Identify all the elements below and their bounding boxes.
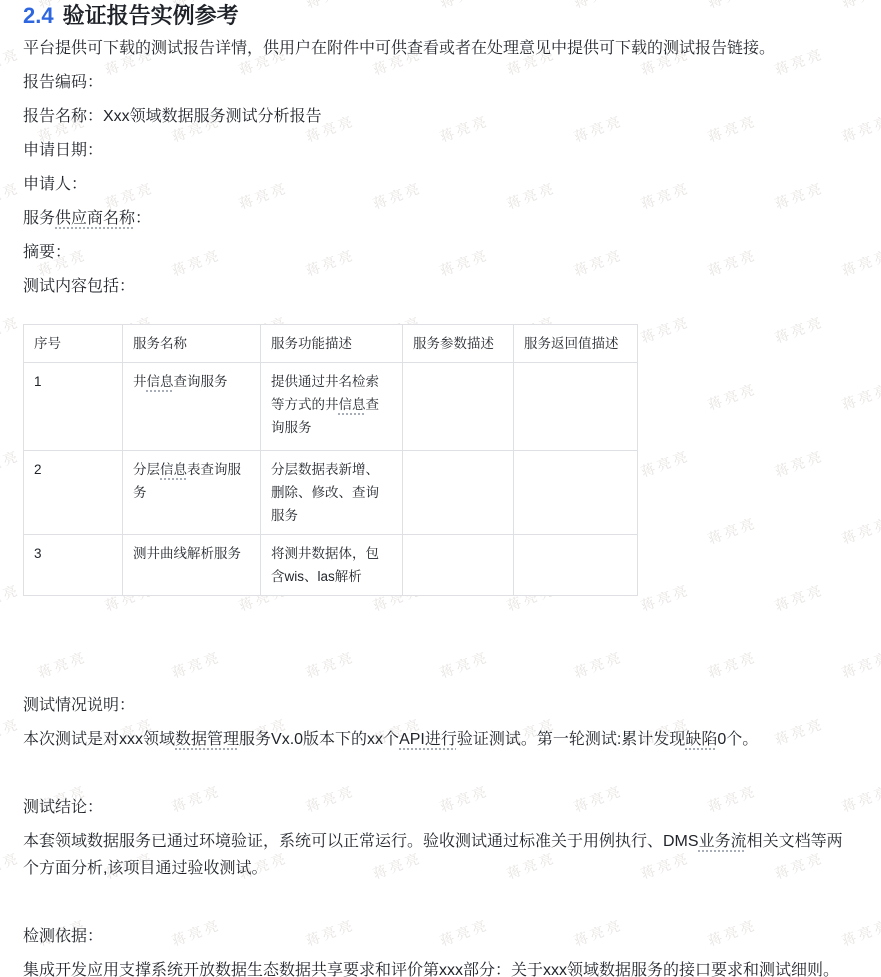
table-cell	[514, 535, 638, 596]
paragraph: 集成开发应用支撑系统开放数据生态数据共享要求和评价第xxx部分：关于xxx领域数…	[23, 957, 845, 977]
watermark-text: 蒋亮亮	[839, 379, 881, 415]
paragraph: 本次测试是对xxx领域数据管理服务Vx.0版本下的xx个API进行验证测试。第一…	[23, 726, 845, 753]
paragraph: 申请日期：	[23, 137, 845, 164]
watermark-text: 蒋亮亮	[0, 446, 23, 482]
text-run: 查询服务	[174, 374, 228, 389]
paragraph: 申请人：	[23, 171, 845, 198]
text-run: 将测井数据体，包含wis、las解析	[271, 546, 379, 584]
text-run: 摘要：	[23, 244, 71, 261]
text-run: 测试情况说明：	[23, 697, 135, 714]
text-run: 集成开发应用支撑系统开放数据生态数据共享要求和评价第xxx部分：关于xxx领域数…	[23, 962, 839, 977]
text-run: 平台提供可下载的测试报告详情，供用户在附件中可供查看或者在处理意见中提供可下载的…	[23, 40, 775, 57]
spellcheck-underline: 供应商名称	[55, 210, 135, 227]
text-run: 分层数据表新增、删除、修改、查询服务	[271, 462, 379, 523]
watermark-text: 蒋亮亮	[839, 915, 881, 951]
table-row: 3测井曲线解析服务将测井数据体，包含wis、las解析	[24, 535, 638, 596]
text-run: 申请人：	[23, 176, 87, 193]
table-cell: 测井曲线解析服务	[123, 535, 261, 596]
watermark-text: 蒋亮亮	[0, 714, 23, 750]
paragraph: 平台提供可下载的测试报告详情，供用户在附件中可供查看或者在处理意见中提供可下载的…	[23, 35, 845, 62]
table-cell: 2	[24, 451, 123, 535]
watermark-text: 蒋亮亮	[839, 111, 881, 147]
column-header: 序号	[24, 325, 123, 363]
text-run: 测井曲线解析服务	[133, 546, 241, 561]
services-table-body: 1井信息查询服务提供通过井名检索等方式的井信息查询服务2分层信息表查询服务分层数…	[24, 363, 638, 596]
watermark-text: 蒋亮亮	[0, 848, 23, 884]
paragraph: 本套领域数据服务已通过环境验证，系统可以正常运行。验收测试通过标准关于用例执行、…	[23, 828, 845, 882]
column-header: 服务参数描述	[403, 325, 514, 363]
spellcheck-underline: 信息	[160, 462, 187, 477]
watermark-text: 蒋亮亮	[839, 513, 881, 549]
text-run: 分层	[133, 462, 160, 477]
table-row: 1井信息查询服务提供通过井名检索等方式的井信息查询服务	[24, 363, 638, 451]
table-cell: 分层信息表查询服务	[123, 451, 261, 535]
paragraph: 测试结论：	[23, 794, 845, 821]
spellcheck-underline: 缺陷	[685, 731, 717, 748]
spellcheck-underline: 信息	[147, 374, 174, 389]
watermark-text: 蒋亮亮	[0, 580, 23, 616]
table-cell	[403, 363, 514, 451]
paragraph: 检测依据：	[23, 923, 845, 950]
watermark-text: 蒋亮亮	[839, 647, 881, 683]
paragraph: 摘要：	[23, 239, 845, 266]
paragraphs-bottom: 测试情况说明：本次测试是对xxx领域数据管理服务Vx.0版本下的xx个API进行…	[23, 624, 845, 977]
text-run: 申请日期：	[23, 142, 103, 159]
text-run: 验证测试。第一轮测试:累计发现	[457, 731, 685, 748]
services-table: 序号服务名称服务功能描述服务参数描述服务返回值描述 1井信息查询服务提供通过井名…	[23, 324, 638, 596]
section-number: 2.4	[23, 3, 54, 28]
text-run: 测试结论：	[23, 799, 103, 816]
text-run: 本套领域数据服务已通过环境验证，系统可以正常运行。验收测试通过标准关于用例执行、…	[23, 833, 699, 850]
table-row: 2分层信息表查询服务分层数据表新增、删除、修改、查询服务	[24, 451, 638, 535]
table-cell	[514, 363, 638, 451]
table-cell: 1	[24, 363, 123, 451]
column-header: 服务功能描述	[261, 325, 403, 363]
watermark-text: 蒋亮亮	[0, 178, 23, 214]
text-run: 本次测试是对xxx领域	[23, 731, 175, 748]
table-cell: 将测井数据体，包含wis、las解析	[261, 535, 403, 596]
table-cell: 分层数据表新增、删除、修改、查询服务	[261, 451, 403, 535]
text-run: 0个。	[717, 731, 758, 748]
table-cell: 3	[24, 535, 123, 596]
watermark-text: 蒋亮亮	[839, 245, 881, 281]
spellcheck-underline: API进行	[399, 731, 457, 748]
column-header: 服务返回值描述	[514, 325, 638, 363]
column-header: 服务名称	[123, 325, 261, 363]
paragraph: 服务供应商名称：	[23, 205, 845, 232]
spellcheck-underline: 业务流	[699, 833, 747, 850]
table-cell: 提供通过井名检索等方式的井信息查询服务	[261, 363, 403, 451]
services-table-header: 序号服务名称服务功能描述服务参数描述服务返回值描述	[24, 325, 638, 363]
paragraph: 报告编码：	[23, 69, 845, 96]
text-run: 3	[34, 546, 42, 561]
paragraph: 测试内容包括：	[23, 273, 845, 300]
text-run: 服务	[23, 210, 55, 227]
watermark-text: 蒋亮亮	[0, 44, 23, 80]
watermark-text: 蒋亮亮	[0, 312, 23, 348]
spellcheck-underline: 信息	[339, 397, 366, 412]
table-cell	[514, 451, 638, 535]
watermark-text: 蒋亮亮	[839, 781, 881, 817]
paragraph: 报告名称：Xxx领域数据服务测试分析报告	[23, 103, 845, 130]
document-page: 蒋亮亮蒋亮亮蒋亮亮蒋亮亮蒋亮亮蒋亮亮蒋亮亮蒋亮亮蒋亮亮蒋亮亮蒋亮亮蒋亮亮蒋亮亮蒋…	[0, 0, 881, 977]
empty-paragraph	[23, 760, 845, 787]
empty-paragraph	[23, 658, 845, 685]
section-title: 验证报告实例参考	[63, 3, 239, 28]
text-run: 服务Vx.0版本下的xx个	[239, 731, 399, 748]
text-run: 2	[34, 462, 42, 477]
text-run: 报告名称：Xxx领域数据服务测试分析报告	[23, 108, 322, 125]
section-heading: 2.4验证报告实例参考	[23, 1, 845, 30]
empty-paragraph	[23, 624, 845, 651]
paragraphs-top: 平台提供可下载的测试报告详情，供用户在附件中可供查看或者在处理意见中提供可下载的…	[23, 35, 845, 300]
empty-paragraph	[23, 889, 845, 916]
text-run: 报告编码：	[23, 74, 103, 91]
table-cell	[403, 451, 514, 535]
text-run: ：	[135, 210, 151, 227]
table-cell	[403, 535, 514, 596]
text-run: 检测依据：	[23, 928, 103, 945]
watermark-text: 蒋亮亮	[839, 0, 881, 13]
spellcheck-underline: 数据管理	[175, 731, 239, 748]
text-run: 1	[34, 374, 42, 389]
document-content: 2.4验证报告实例参考 平台提供可下载的测试报告详情，供用户在附件中可供查看或者…	[23, 0, 845, 977]
text-run: 井	[133, 374, 147, 389]
paragraph: 测试情况说明：	[23, 692, 845, 719]
table-cell: 井信息查询服务	[123, 363, 261, 451]
table-header-row: 序号服务名称服务功能描述服务参数描述服务返回值描述	[24, 325, 638, 363]
text-run: 测试内容包括：	[23, 278, 135, 295]
